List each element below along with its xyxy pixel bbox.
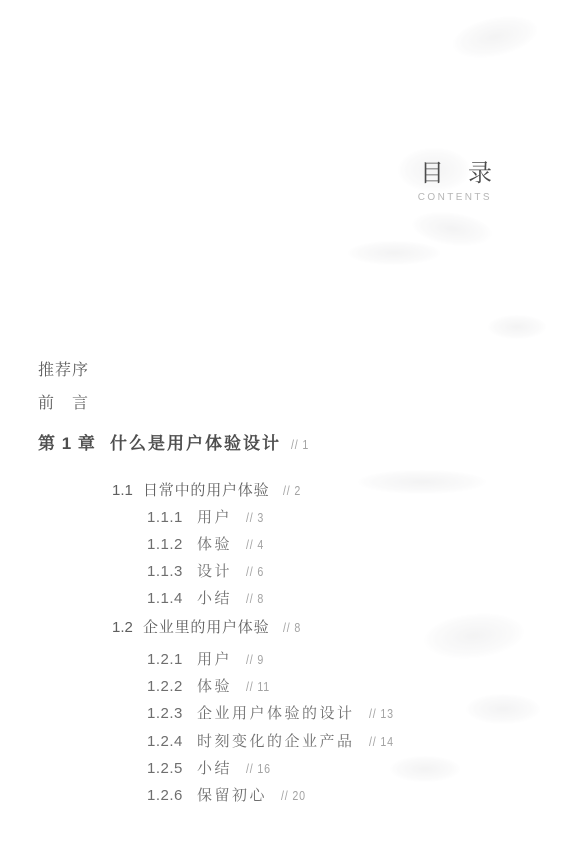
subsection-entry-1-1-4: 1.1.4小结// 8 (147, 591, 268, 608)
section-title: 日常中的用户体验 (143, 482, 269, 499)
scan-smudge (410, 208, 494, 251)
scan-smudge (466, 694, 540, 724)
subsection-title: 用户 (197, 509, 232, 526)
subsection-number: 1.1.2 (147, 537, 197, 554)
subsection-entry-1-2-1: 1.2.1用户// 9 (147, 652, 268, 669)
section-number: 1.1 (112, 483, 143, 500)
section-entry-1-1: 1.1日常中的用户体验// 2 (112, 483, 305, 500)
scan-smudge (390, 756, 460, 782)
subsection-number: 1.1.4 (147, 591, 197, 608)
subsection-page-number: // 8 (246, 592, 264, 606)
scan-smudge (422, 609, 526, 663)
chapter-title: 什么是用户体验设计 (110, 434, 281, 453)
subsection-page-number: // 11 (246, 680, 270, 694)
subsection-title: 体验 (197, 678, 232, 695)
scan-smudge (358, 470, 486, 494)
subsection-page-number: // 14 (369, 735, 394, 749)
subsection-entry-1-2-4: 1.2.4时刻变化的企业产品// 14 (147, 734, 399, 751)
subsection-page-number: // 20 (281, 789, 306, 803)
toc-title: 目 录 (418, 160, 492, 189)
section-title: 企业里的用户体验 (143, 619, 269, 636)
subsection-number: 1.2.3 (147, 706, 197, 723)
front-matter-label: 推荐序 (38, 362, 89, 379)
subsection-entry-1-2-5: 1.2.5小结// 16 (147, 761, 276, 778)
subsection-number: 1.1.3 (147, 564, 197, 581)
front-matter-label: 前 言 (38, 395, 89, 412)
subsection-entry-1-1-3: 1.1.3设计// 6 (147, 564, 268, 581)
subsection-title: 小结 (197, 590, 232, 607)
subsection-page-number: // 16 (246, 762, 271, 776)
subsection-entry-1-1-1: 1.1.1用户// 3 (147, 510, 268, 527)
subsection-number: 1.2.2 (147, 679, 197, 696)
toc-header: 目 录 CONTENTS (418, 160, 492, 203)
scan-smudge (488, 315, 546, 339)
toc-subtitle: CONTENTS (418, 192, 492, 203)
front-matter-foreword: 前 言 (38, 395, 89, 413)
subsection-number: 1.1.1 (147, 510, 197, 527)
subsection-title: 小结 (197, 760, 232, 777)
section-number: 1.2 (112, 620, 143, 637)
front-matter-preface: 推荐序 (38, 362, 89, 380)
section-page-number: // 8 (283, 621, 301, 635)
subsection-entry-1-2-3: 1.2.3企业用户体验的设计// 13 (147, 706, 399, 723)
subsection-number: 1.2.1 (147, 652, 197, 669)
subsection-page-number: // 13 (369, 707, 394, 721)
subsection-title: 用户 (197, 651, 232, 668)
scan-smudge (348, 241, 440, 265)
subsection-number: 1.2.4 (147, 734, 197, 751)
subsection-title: 时刻变化的企业产品 (197, 733, 355, 750)
subsection-entry-1-2-2: 1.2.2体验// 11 (147, 679, 275, 696)
subsection-title: 体验 (197, 536, 232, 553)
book-toc-page: 目 录 CONTENTS 推荐序 前 言 第 1 章什么是用户体验设计// 1 … (0, 0, 564, 849)
subsection-title: 设计 (197, 563, 232, 580)
subsection-entry-1-2-6: 1.2.6保留初心// 20 (147, 788, 311, 805)
scan-smudge (449, 9, 541, 64)
subsection-page-number: // 6 (246, 565, 264, 579)
subsection-page-number: // 3 (246, 511, 264, 525)
subsection-number: 1.2.6 (147, 788, 197, 805)
subsection-title: 保留初心 (197, 787, 267, 804)
chapter-page-number: // 1 (291, 438, 309, 452)
section-entry-1-2: 1.2企业里的用户体验// 8 (112, 620, 305, 637)
subsection-page-number: // 4 (246, 538, 264, 552)
chapter-number: 第 1 章 (38, 435, 110, 454)
chapter-entry: 第 1 章什么是用户体验设计// 1 (38, 435, 313, 454)
subsection-number: 1.2.5 (147, 761, 197, 778)
subsection-page-number: // 9 (246, 653, 264, 667)
subsection-entry-1-1-2: 1.1.2体验// 4 (147, 537, 268, 554)
subsection-title: 企业用户体验的设计 (197, 705, 355, 722)
section-page-number: // 2 (283, 484, 301, 498)
